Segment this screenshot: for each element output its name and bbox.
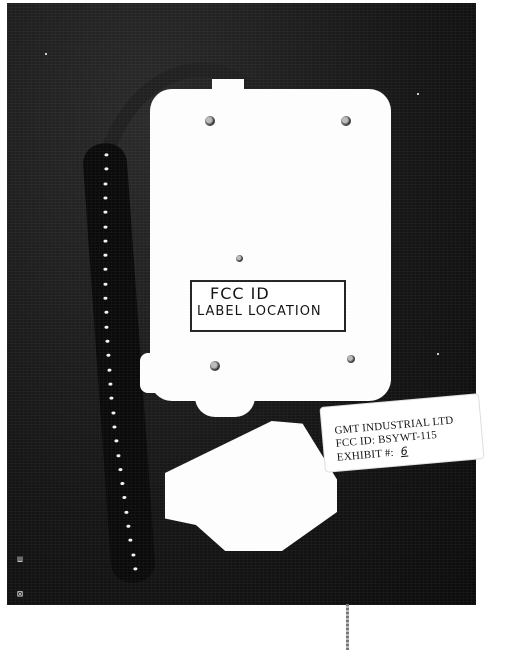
cord-dot (103, 239, 107, 242)
cord-dot (104, 311, 108, 314)
corner-mark: ⊠ (17, 589, 22, 600)
handwritten-label-location: LABEL LOCATION (197, 304, 322, 319)
cord-dot (113, 425, 117, 428)
cord-dot (104, 196, 108, 199)
device-tab (212, 79, 244, 93)
dust-speck (417, 93, 419, 95)
cord-dot (103, 211, 107, 214)
cord-dot (106, 354, 110, 357)
cord-dot (109, 382, 113, 385)
exhibit-number: 6 (400, 445, 408, 459)
cord-dot (107, 368, 111, 371)
fcc-id-label-location: FCC ID LABEL LOCATION (190, 280, 346, 332)
cord-dot (103, 225, 107, 228)
cord-dot (106, 340, 110, 343)
cord-dot (103, 254, 107, 257)
main-device-enclosure (150, 89, 391, 401)
handwritten-fcc-id: FCC ID (210, 284, 270, 303)
cord-dot (120, 482, 124, 485)
cord-dot (116, 454, 120, 457)
cord-dot (104, 168, 108, 171)
device-gland (195, 391, 255, 417)
secondary-device (165, 421, 337, 551)
corner-mark: ш (17, 554, 22, 565)
cord-dot (114, 439, 118, 442)
exhibit-label: EXHIBIT #: (336, 447, 394, 464)
cord-dot (104, 297, 108, 300)
cord-dot (133, 567, 137, 570)
cord-dot (124, 510, 128, 513)
cord-dot (110, 397, 114, 400)
scan-artifact (346, 604, 349, 650)
screw-icon (210, 361, 220, 371)
cord-dot (104, 153, 108, 156)
screw-icon (341, 116, 351, 126)
exhibit-photo: FCC ID LABEL LOCATION GMT INDUSTRIAL LTD… (7, 3, 476, 605)
cord-dot (103, 282, 107, 285)
screw-icon (205, 116, 215, 126)
cord-dot (118, 468, 122, 471)
device-connector (140, 353, 164, 393)
screw-icon (347, 355, 355, 363)
cord-dot (122, 496, 126, 499)
exhibit-card: GMT INDUSTRIAL LTD FCC ID: BSYWT-115 EXH… (321, 394, 484, 472)
dust-speck (45, 53, 47, 55)
cord-dot (111, 411, 115, 414)
cord-dot (129, 539, 133, 542)
cord-dot (105, 325, 109, 328)
dust-speck (437, 353, 439, 355)
cord-dot (131, 553, 135, 556)
cord-dot (104, 182, 108, 185)
screw-icon (236, 255, 243, 262)
cord-dot (126, 525, 130, 528)
cord-dot (103, 268, 107, 271)
